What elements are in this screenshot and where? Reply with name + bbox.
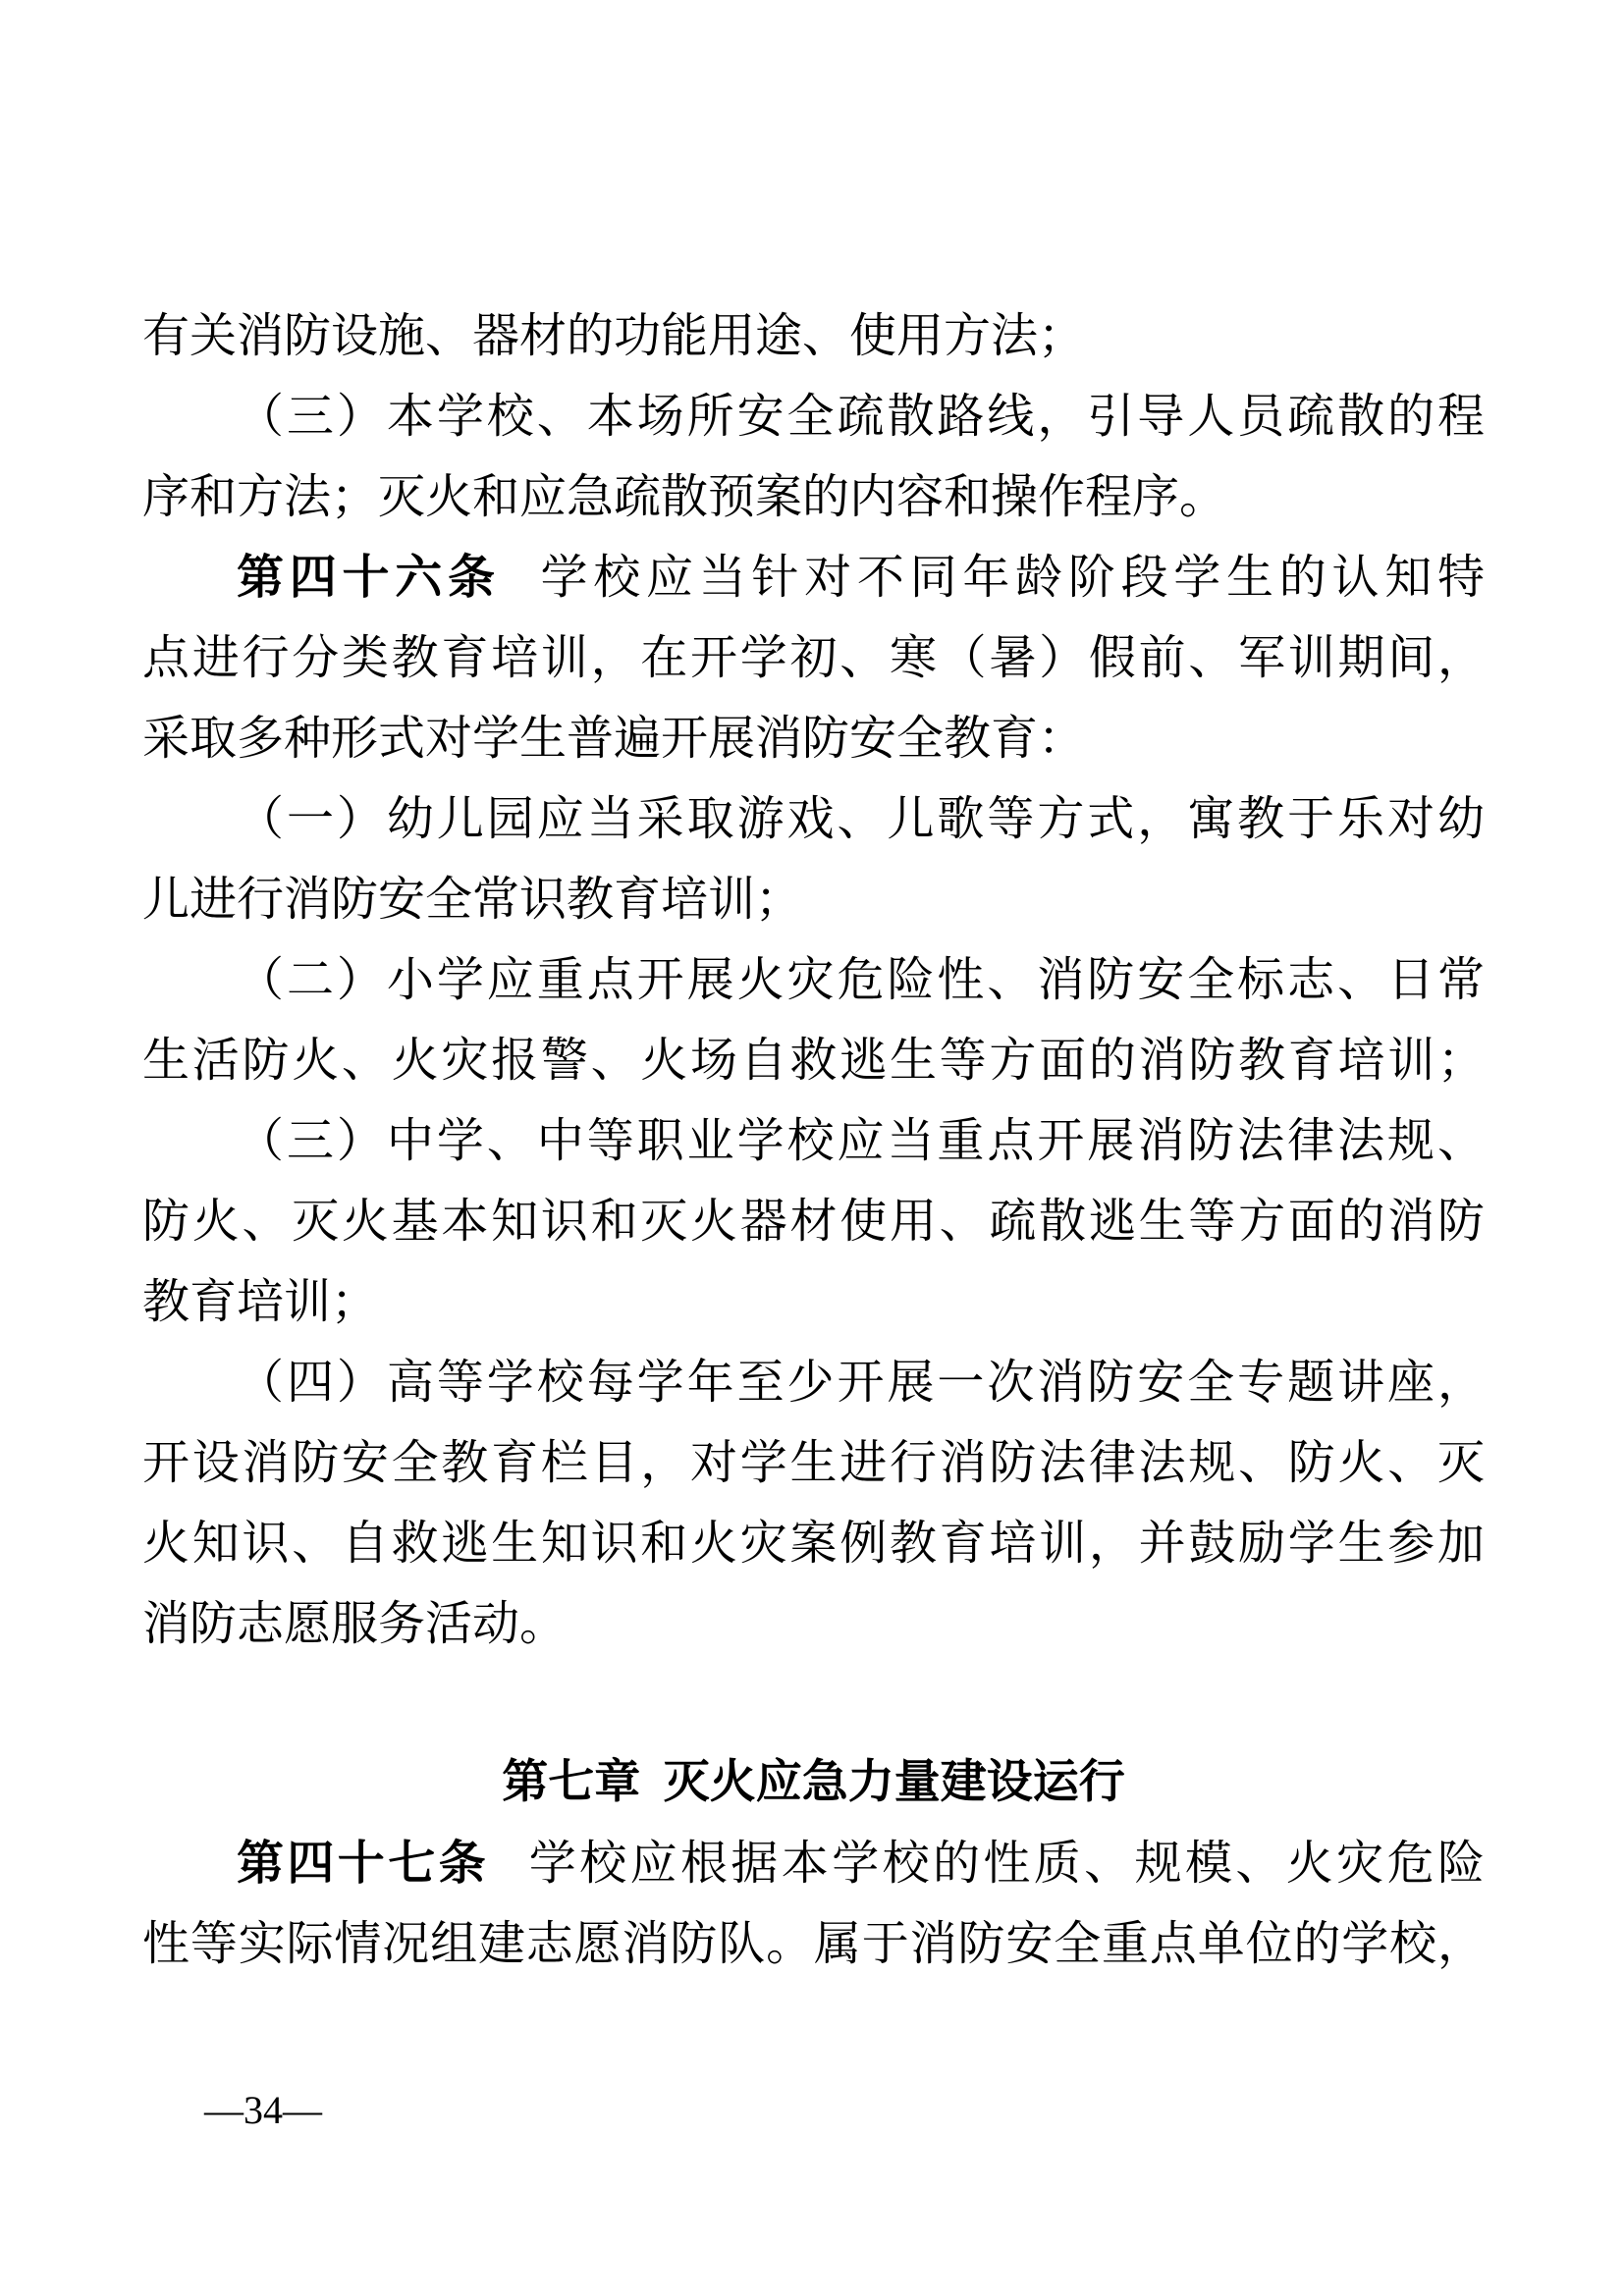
chapter-number: 第七章 [502, 1755, 640, 1809]
page-number: —34— [204, 2091, 322, 2130]
line-text: 消防志愿服务活动。 [142, 1596, 567, 1651]
chapter-title: 灭火应急力量建设运行 [664, 1755, 1125, 1809]
line-text: 儿进行消防安全常识教育培训； [142, 872, 802, 927]
text-line: 性等实际情况组建志愿消防队。属于消防安全重点单位的学校， [142, 1903, 1485, 1984]
text-line: （三）中学、中等职业学校应当重点开展消防法律法规、 [142, 1100, 1485, 1181]
line-text: 火知识、自救逃生知识和火灾案例教育培训，并鼓励学生参加 [142, 1516, 1485, 1571]
line-text: 防火、灭火基本知识和灭火器材使用、疏散逃生等方面的消防 [142, 1194, 1485, 1249]
text-line: 儿进行消防安全常识教育培训； [142, 859, 1485, 939]
text-line: 消防志愿服务活动。 [142, 1583, 1485, 1664]
line-text: 序和方法；灭火和应急疏散预案的内容和操作程序。 [142, 469, 1226, 524]
text-line: （三）本学校、本场所安全疏散路线，引导人员疏散的程 [142, 376, 1485, 456]
text-line: 序和方法；灭火和应急疏散预案的内容和操作程序。 [142, 456, 1485, 537]
document-body: 有关消防设施、器材的功能用途、使用方法； （三）本学校、本场所安全疏散路线，引导… [142, 295, 1485, 1984]
line-text: 开设消防安全教育栏目，对学生进行消防法律法规、防火、灭 [142, 1435, 1485, 1490]
text-line-article-47: 第四十七条学校应根据本学校的性质、规模、火灾危险 [142, 1823, 1485, 1903]
line-text: 性等实际情况组建志愿消防队。属于消防安全重点单位的学校， [142, 1916, 1485, 1971]
line-text: 教育培训； [142, 1274, 378, 1329]
line-text: 学校应根据本学校的性质、规模、火灾危险 [529, 1836, 1485, 1891]
text-line: 有关消防设施、器材的功能用途、使用方法； [142, 295, 1485, 376]
chapter-heading: 第七章灭火应急力量建设运行 [142, 1742, 1485, 1823]
text-line: （一）幼儿园应当采取游戏、儿歌等方式，寓教于乐对幼 [142, 778, 1485, 859]
line-text: 学校应当针对不同年龄阶段学生的认知特 [540, 550, 1485, 605]
article-number-label: 第四十七条 [237, 1836, 489, 1891]
line-text: 点进行分类教育培训，在开学初、寒（暑）假前、军训期间， [142, 630, 1485, 685]
line-text: 生活防火、火灾报警、火场自救逃生等方面的消防教育培训； [142, 1033, 1485, 1088]
line-text: 有关消防设施、器材的功能用途、使用方法； [142, 308, 1085, 363]
line-text: （三）中学、中等职业学校应当重点开展消防法律法规、 [237, 1113, 1485, 1168]
section-gap [142, 1664, 1485, 1742]
text-line: 开设消防安全教育栏目，对学生进行消防法律法规、防火、灭 [142, 1422, 1485, 1503]
text-line: （二）小学应重点开展火灾危险性、消防安全标志、日常 [142, 939, 1485, 1020]
line-text: 采取多种形式对学生普遍开展消防安全教育： [142, 711, 1085, 766]
text-line: 教育培训； [142, 1261, 1485, 1342]
text-line-article-46: 第四十六条学校应当针对不同年龄阶段学生的认知特 [142, 537, 1485, 617]
text-line: 点进行分类教育培训，在开学初、寒（暑）假前、军训期间， [142, 617, 1485, 698]
article-number-label: 第四十六条 [237, 550, 501, 605]
text-line: 防火、灭火基本知识和灭火器材使用、疏散逃生等方面的消防 [142, 1181, 1485, 1261]
line-text: （四）高等学校每学年至少开展一次消防安全专题讲座， [237, 1355, 1485, 1410]
text-line: 生活防火、火灾报警、火场自救逃生等方面的消防教育培训； [142, 1020, 1485, 1100]
text-line: 火知识、自救逃生知识和火灾案例教育培训，并鼓励学生参加 [142, 1503, 1485, 1583]
text-line: （四）高等学校每学年至少开展一次消防安全专题讲座， [142, 1342, 1485, 1422]
text-line: 采取多种形式对学生普遍开展消防安全教育： [142, 698, 1485, 778]
line-text: （二）小学应重点开展火灾危险性、消防安全标志、日常 [237, 952, 1485, 1007]
line-text: （三）本学校、本场所安全疏散路线，引导人员疏散的程 [237, 389, 1485, 444]
line-text: （一）幼儿园应当采取游戏、儿歌等方式，寓教于乐对幼 [237, 791, 1485, 846]
